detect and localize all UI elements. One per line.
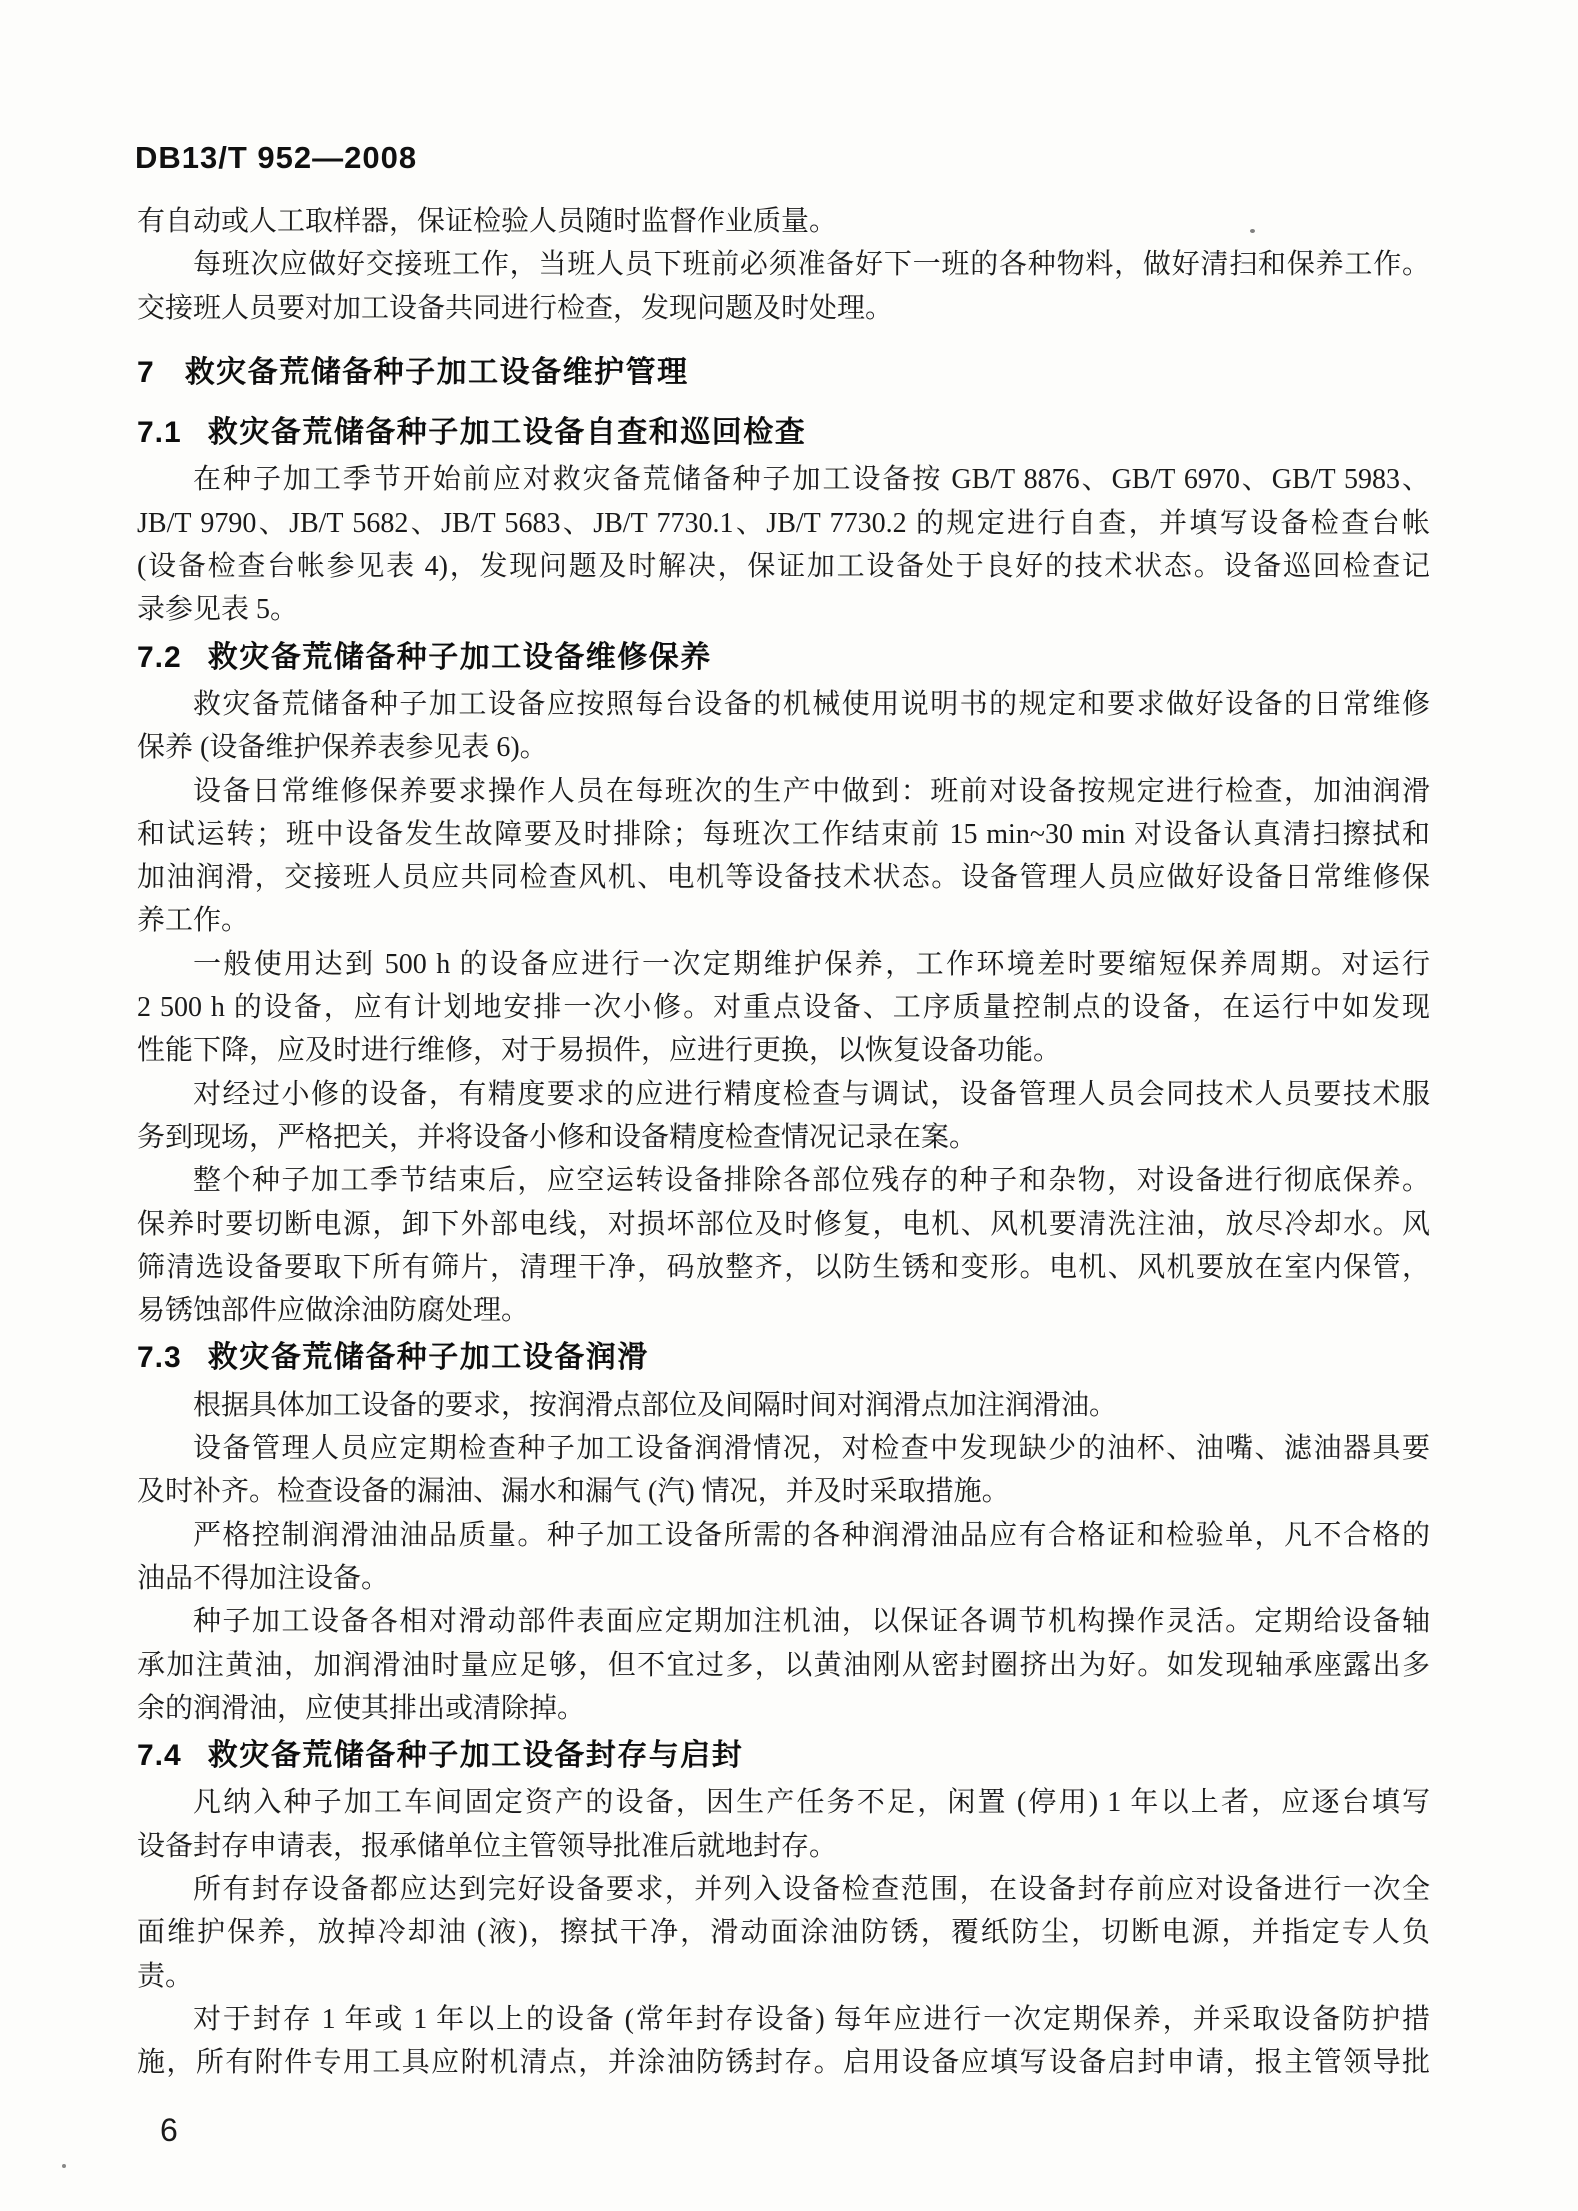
text-line: 每班次应做好交接班工作，当班人员下班前必须准备好下一班的各种物料，做好清扫和保养… xyxy=(137,243,1430,286)
text-line: 种子加工设备各相对滑动部件表面应定期加注机油，以保证各调节机构操作灵活。定期给设… xyxy=(137,1600,1430,1643)
text-line: 救灾备荒储备种子加工设备应按照每台设备的机械使用说明书的规定和要求做好设备的日常… xyxy=(137,683,1430,726)
text-line: 交接班人员要对加工设备共同进行检查，发现问题及时处理。 xyxy=(137,287,1430,330)
text-line: 对经过小修的设备，有精度要求的应进行精度检查与调试，设备管理人员会同技术人员要技… xyxy=(137,1073,1430,1116)
text-line: 根据具体加工设备的要求，按润滑点部位及间隔时间对润滑点加注润滑油。 xyxy=(137,1384,1430,1427)
section-heading-7.2: 7.2救灾备荒储备种子加工设备维修保养 xyxy=(137,636,1430,679)
text-line: 筛清选设备要取下所有筛片，清理干净，码放整齐，以防生锈和变形。电机、风机要放在室… xyxy=(137,1246,1430,1289)
section-number: 7.4 xyxy=(137,1734,182,1777)
text-line: 油品不得加注设备。 xyxy=(137,1557,1430,1600)
section-heading-7.3: 7.3救灾备荒储备种子加工设备润滑 xyxy=(137,1336,1430,1379)
text-line: 余的润滑油，应使其排出或清除掉。 xyxy=(137,1687,1430,1730)
scan-speck xyxy=(62,2164,66,2168)
text-line: 承加注黄油，加润滑油时量应足够，但不宜过多，以黄油刚从密封圈挤出为好。如发现轴承… xyxy=(137,1644,1430,1687)
text-line: 养工作。 xyxy=(137,899,1430,942)
text-line: 整个种子加工季节结束后，应空运转设备排除各部位残存的种子和杂物，对设备进行彻底保… xyxy=(137,1159,1430,1202)
document-body: 有自动或人工取样器，保证检验人员随时监督作业质量。每班次应做好交接班工作，当班人… xyxy=(137,200,1430,2084)
text-line: (设备检查台帐参见表 4)，发现问题及时解决，保证加工设备处于良好的技术状态。设… xyxy=(137,545,1430,588)
text-line: JB/T 9790、JB/T 5682、JB/T 5683、JB/T 7730.… xyxy=(137,502,1430,545)
text-line: 和试运转；班中设备发生故障要及时排除；每班次工作结束前 15 min~30 mi… xyxy=(137,813,1430,856)
section-title: 救灾备荒储备种子加工设备润滑 xyxy=(208,1341,649,1374)
scanned-document-page: DB13/T 952—2008 有自动或人工取样器，保证检验人员随时监督作业质量… xyxy=(0,0,1578,2211)
section-number: 7 xyxy=(137,351,155,394)
text-line: 有自动或人工取样器，保证检验人员随时监督作业质量。 xyxy=(137,200,1430,243)
text-line: 面维护保养，放掉冷却油 (液)，擦拭干净，滑动面涂油防锈，覆纸防尘，切断电源，并… xyxy=(137,1911,1430,1954)
text-line: 加油润滑，交接班人员应共同检查风机、电机等设备技术状态。设备管理人员应做好设备日… xyxy=(137,856,1430,899)
text-line: 易锈蚀部件应做涂油防腐处理。 xyxy=(137,1289,1430,1332)
text-line: 严格控制润滑油油品质量。种子加工设备所需的各种润滑油品应有合格证和检验单，凡不合… xyxy=(137,1514,1430,1557)
section-number: 7.3 xyxy=(137,1336,182,1379)
section-title: 救灾备荒储备种子加工设备自查和巡回检查 xyxy=(208,416,807,449)
text-line: 设备日常维修保养要求操作人员在每班次的生产中做到：班前对设备按规定进行检查，加油… xyxy=(137,770,1430,813)
text-line: 保养 (设备维护保养表参见表 6)。 xyxy=(137,726,1430,769)
text-line: 务到现场，严格把关，并将设备小修和设备精度检查情况记录在案。 xyxy=(137,1116,1430,1159)
section-number: 7.2 xyxy=(137,636,182,679)
text-line: 性能下降，应及时进行维修，对于易损件，应进行更换，以恢复设备功能。 xyxy=(137,1029,1430,1072)
text-line: 施，所有附件专用工具应附机清点，并涂油防锈封存。启用设备应填写设备启封申请，报主… xyxy=(137,2041,1430,2084)
text-line: 所有封存设备都应达到完好设备要求，并列入设备检查范围，在设备封存前应对设备进行一… xyxy=(137,1868,1430,1911)
text-line: 保养时要切断电源，卸下外部电线，对损坏部位及时修复，电机、风机要清洗注油，放尽冷… xyxy=(137,1203,1430,1246)
text-line: 设备封存申请表，报承储单位主管领导批准后就地封存。 xyxy=(137,1825,1430,1868)
text-line: 一般使用达到 500 h 的设备应进行一次定期维护保养，工作环境差时要缩短保养周… xyxy=(137,943,1430,986)
text-line: 2 500 h 的设备，应有计划地安排一次小修。对重点设备、工序质量控制点的设备… xyxy=(137,986,1430,1029)
section-heading-7.1: 7.1救灾备荒储备种子加工设备自查和巡回检查 xyxy=(137,411,1430,454)
page-number: 6 xyxy=(160,2112,178,2149)
standard-number-header: DB13/T 952—2008 xyxy=(135,140,417,176)
section-heading-7: 7救灾备荒储备种子加工设备维护管理 xyxy=(137,351,1430,394)
text-line: 录参见表 5。 xyxy=(137,588,1430,631)
text-line: 对于封存 1 年或 1 年以上的设备 (常年封存设备) 每年应进行一次定期保养，… xyxy=(137,1998,1430,2041)
section-title: 救灾备荒储备种子加工设备封存与启封 xyxy=(208,1739,744,1772)
section-heading-7.4: 7.4救灾备荒储备种子加工设备封存与启封 xyxy=(137,1734,1430,1777)
section-title: 救灾备荒储备种子加工设备维修保养 xyxy=(208,641,712,674)
text-line: 设备管理人员应定期检查种子加工设备润滑情况，对检查中发现缺少的油杯、油嘴、滤油器… xyxy=(137,1427,1430,1470)
text-line: 在种子加工季节开始前应对救灾备荒储备种子加工设备按 GB/T 8876、GB/T… xyxy=(137,458,1430,501)
text-line: 凡纳入种子加工车间固定资产的设备，因生产任务不足，闲置 (停用) 1 年以上者，… xyxy=(137,1781,1430,1824)
scan-speck xyxy=(1250,229,1255,233)
section-number: 7.1 xyxy=(137,411,182,454)
text-line: 责。 xyxy=(137,1955,1430,1998)
section-title: 救灾备荒储备种子加工设备维护管理 xyxy=(185,356,689,389)
text-line: 及时补齐。检查设备的漏油、漏水和漏气 (汽) 情况，并及时采取措施。 xyxy=(137,1470,1430,1513)
